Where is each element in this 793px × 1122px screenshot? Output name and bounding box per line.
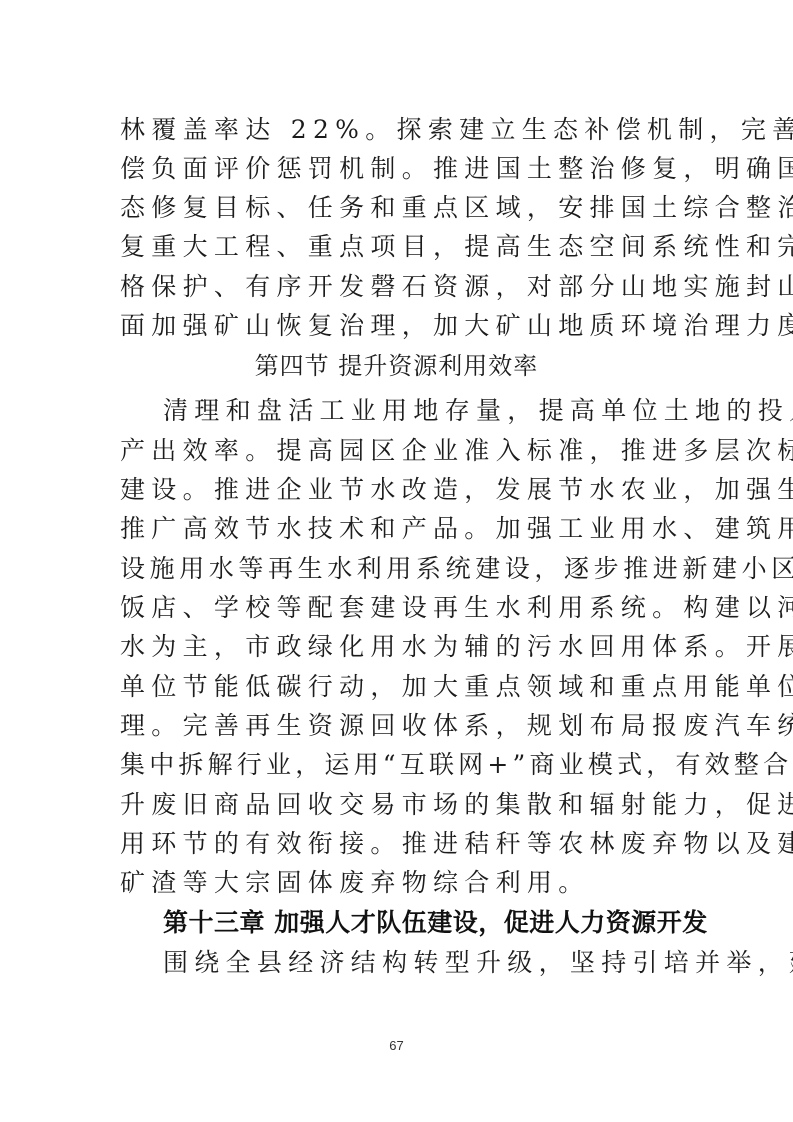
paragraph-line: 设施用水等再生水利用系统建设，逐步推进新建小区、宾馆、 bbox=[120, 549, 680, 588]
paragraph-line: 推广高效节水技术和产品。加强工业用水、建筑用水、市政 bbox=[120, 509, 680, 548]
paragraph-line: 升废旧商品回收交易市场的集散和辐射能力，促进回收与利 bbox=[120, 785, 680, 824]
paragraph-line: 理。完善再生资源回收体系，规划布局报废汽车统一回收和 bbox=[120, 706, 680, 745]
paragraph-line: 面加强矿山恢复治理，加大矿山地质环境治理力度。 bbox=[120, 306, 680, 345]
paragraph-line: 水为主，市政绿化用水为辅的污水回用体系。开展重点用能 bbox=[120, 627, 680, 666]
paragraph-line: 矿渣等大宗固体废弃物综合利用。 bbox=[120, 863, 680, 902]
paragraph-line: 产出效率。提高园区企业准入标准，推进多层次标准化厂房 bbox=[120, 431, 680, 470]
paragraph-line: 集中拆解行业，运用“互联网+”商业模式，有效整合资源，提 bbox=[120, 745, 680, 784]
paragraph-line: 围绕全县经济结构转型升级，坚持引培并举，建立人才 bbox=[163, 943, 683, 982]
paragraph-line: 清理和盘活工业用地存量，提高单位土地的投入强度和 bbox=[163, 391, 683, 430]
paragraph-line: 态修复目标、任务和重点区域，安排国土综合整治和生态修 bbox=[120, 188, 680, 227]
paragraph-line: 单位节能低碳行动，加大重点领域和重点用能单位节能管 bbox=[120, 667, 680, 706]
paragraph-line: 用环节的有效衔接。推进秸秆等农林废弃物以及建筑垃圾、 bbox=[120, 824, 680, 863]
paragraph-line: 偿负面评价惩罚机制。推进国土整治修复，明确国土空间生 bbox=[120, 149, 680, 188]
document-page: 林覆盖率达 22%。探索建立生态补偿机制，完善生态保护补 偿负面评价惩罚机制。推… bbox=[0, 0, 793, 1122]
paragraph-line: 建设。推进企业节水改造，发展节水农业，加强生活节水， bbox=[120, 470, 680, 509]
page-number: 67 bbox=[0, 1038, 793, 1053]
paragraph-line: 饭店、学校等配套建设再生水利用系统。构建以河道生态用 bbox=[120, 588, 680, 627]
paragraph-line: 林覆盖率达 22%。探索建立生态补偿机制，完善生态保护补 bbox=[120, 110, 680, 149]
paragraph-line: 复重大工程、重点项目，提高生态空间系统性和完整性。严 bbox=[120, 227, 680, 266]
section-heading: 第四节 提升资源利用效率 bbox=[0, 347, 793, 386]
chapter-heading: 第十三章 加强人才队伍建设，促进人力资源开发 bbox=[163, 903, 708, 942]
paragraph-line: 格保护、有序开发磬石资源，对部分山地实施封山育林，全 bbox=[120, 267, 680, 306]
